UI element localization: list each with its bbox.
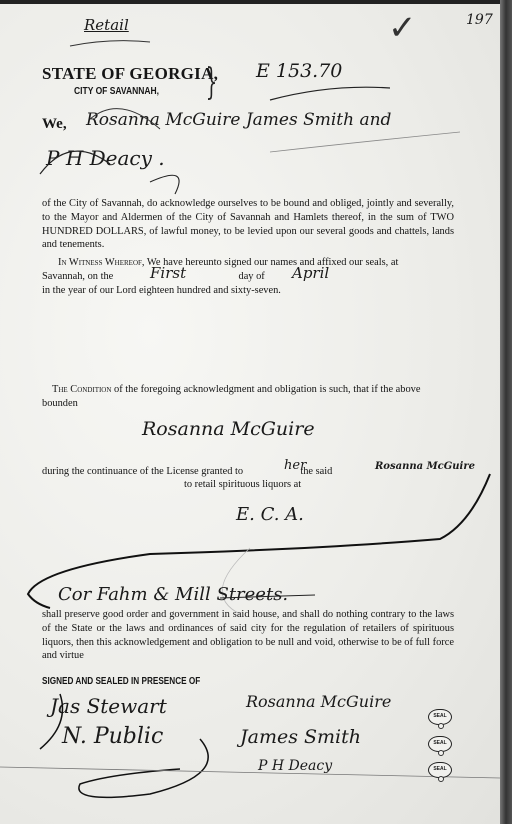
witness-year-line: in the year of our Lord eighteen hundred… [42,285,281,296]
pronoun-value: her [284,458,306,473]
witness-signature-2: N. Public [62,724,163,749]
ledger-reference: E 153.70 [256,60,342,82]
initials-value: E. C. A. [236,504,304,525]
retail-line: to retail spirituous liquors at [184,478,384,492]
location-value: Cor Fahm & Mill Streets. [58,584,288,605]
parties-names-line-2: P H Deacy . [46,146,165,170]
parties-flourishes [0,4,500,204]
witness-paragraph: In Witness Whereof, We have hereunto sig… [42,256,454,297]
retail-text: to retail spirituous liquors at [184,479,301,490]
seal-icon: SEAL [428,762,452,778]
witness-place: Savannah, on the [42,271,113,282]
bond-document-page: Retail ✓ 197 STATE OF GEORGIA, CITY OF S… [0,4,500,824]
we-label: We, [42,116,67,133]
witness-signature-1: Jas Stewart [50,694,167,718]
license-text: during the continuance of the License gr… [42,466,243,477]
day-value: First [150,264,186,282]
page-binding-edge [500,0,512,824]
signed-sealed-heading: SIGNED AND SEALED IN PRESENCE OF [42,676,200,687]
state-heading: STATE OF GEORGIA, [42,64,218,84]
signer-signature-2: James Smith [240,726,361,748]
brace-glyph: } [206,62,217,103]
condition-paragraph: The Condition of the foregoing acknowled… [42,383,454,411]
condition-bounden: bounden [42,398,78,409]
seal-icon: SEAL [428,736,452,752]
check-mark-icon: ✓ [388,8,417,48]
principal-name: Rosanna McGuire [142,418,315,440]
witness-day-of: day of [239,271,265,282]
condition-text: of the foregoing acknowledgment and obli… [114,384,420,395]
seal-icon: SEAL [428,709,452,725]
condition-lead: The Condition [42,384,111,395]
closing-paragraph: shall preserve good order and government… [42,608,454,663]
page-number: 197 [466,12,493,28]
bond-paragraph: of the City of Savannah, do acknowledge … [42,197,454,252]
said-name-value: Rosanna McGuire [375,461,475,472]
category-note: Retail [84,16,129,34]
parties-names-line-1: Rosanna McGuire James Smith and [86,110,391,130]
city-heading: CITY OF SAVANNAH, [74,86,159,97]
signer-signature-1: Rosanna McGuire [246,692,391,711]
category-underline-flourish [0,4,500,64]
witness-lead: In Witness Whereof, [42,257,145,268]
signer-signature-3: P H Deacy [258,758,332,774]
month-value: April [292,264,329,282]
